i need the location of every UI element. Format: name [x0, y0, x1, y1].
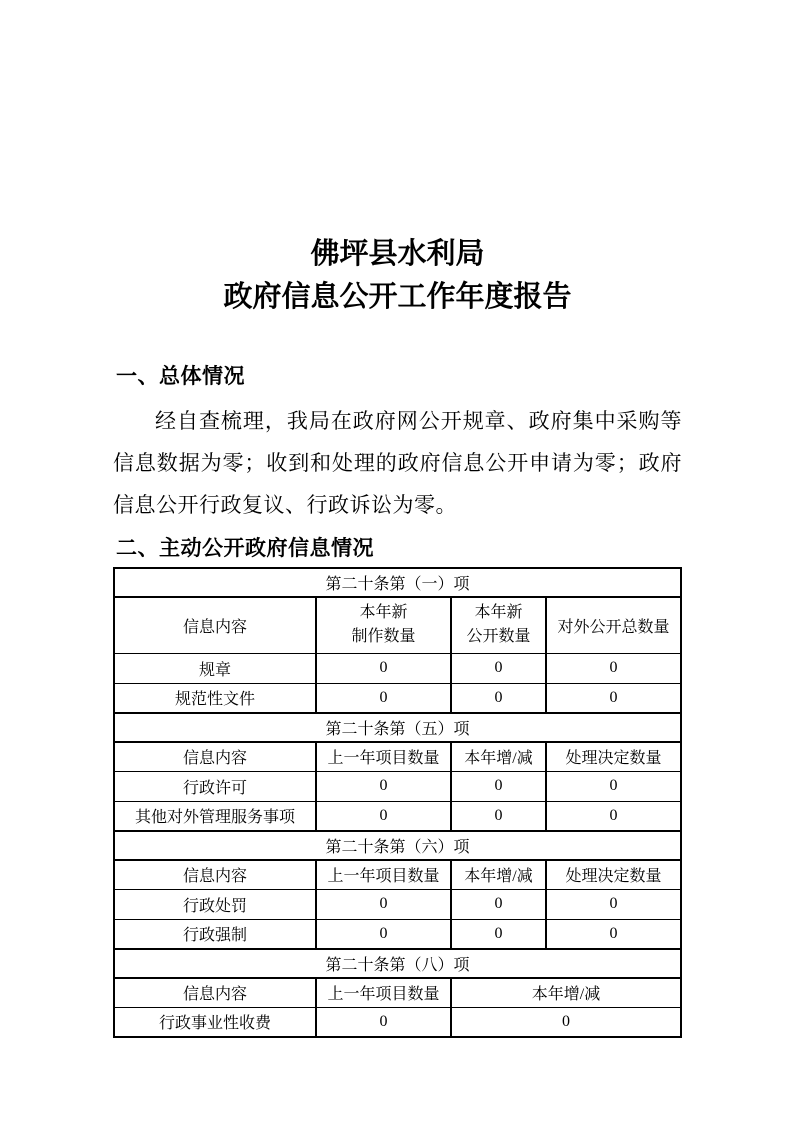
- cell-value: 0: [451, 1007, 681, 1037]
- page-content: 佛坪县水利局 政府信息公开工作年度报告 一、总体情况 经自查梳理，我局在政府网公…: [0, 0, 793, 1038]
- column-header: 处理决定数量: [546, 742, 681, 771]
- column-header: 信息内容: [114, 742, 316, 771]
- row-label: 行政许可: [114, 771, 316, 801]
- table-band-row: 第二十条第（五）项: [114, 713, 681, 742]
- table-header-row: 信息内容 本年新 制作数量 本年新 公开数量 对外公开总数量: [114, 597, 681, 653]
- column-header: 本年增/减: [451, 742, 546, 771]
- table-row: 其他对外管理服务事项 0 0 0: [114, 801, 681, 831]
- cell-value: 0: [546, 919, 681, 949]
- column-header: 本年增/减: [451, 978, 681, 1007]
- column-header: 信息内容: [114, 597, 316, 653]
- table-band-label: 第二十条第（八）项: [114, 949, 681, 978]
- cell-value: 0: [316, 653, 451, 683]
- column-header: 上一年项目数量: [316, 742, 451, 771]
- column-header: 上一年项目数量: [316, 978, 451, 1007]
- row-label: 行政事业性收费: [114, 1007, 316, 1037]
- row-label: 规章: [114, 653, 316, 683]
- table-header-row: 信息内容 上一年项目数量 本年增/减 处理决定数量: [114, 742, 681, 771]
- cell-value: 0: [451, 771, 546, 801]
- column-header: 对外公开总数量: [546, 597, 681, 653]
- document-title-line-1: 佛坪县水利局: [113, 233, 682, 276]
- cell-value: 0: [546, 683, 681, 713]
- cell-value: 0: [451, 683, 546, 713]
- cell-value: 0: [546, 771, 681, 801]
- section-1-paragraph: 经自查梳理，我局在政府网公开规章、政府集中采购等信息数据为零；收到和处理的政府信…: [113, 400, 682, 526]
- cell-value: 0: [546, 801, 681, 831]
- table-row: 行政强制 0 0 0: [114, 919, 681, 949]
- table-row: 规章 0 0 0: [114, 653, 681, 683]
- document-page: 佛坪县水利局 政府信息公开工作年度报告 一、总体情况 经自查梳理，我局在政府网公…: [0, 0, 793, 1122]
- row-label: 规范性文件: [114, 683, 316, 713]
- document-title-line-2: 政府信息公开工作年度报告: [113, 276, 682, 319]
- table-band-label: 第二十条第（一）项: [114, 568, 681, 597]
- table-header-row: 信息内容 上一年项目数量 本年增/减: [114, 978, 681, 1007]
- cell-value: 0: [451, 889, 546, 919]
- column-header: 本年增/减: [451, 860, 546, 889]
- table-header-row: 信息内容 上一年项目数量 本年增/减 处理决定数量: [114, 860, 681, 889]
- column-header: 上一年项目数量: [316, 860, 451, 889]
- table-row: 行政事业性收费 0 0: [114, 1007, 681, 1037]
- table-band-row: 第二十条第（一）项: [114, 568, 681, 597]
- cell-value: 0: [316, 771, 451, 801]
- table-row: 行政处罚 0 0 0: [114, 889, 681, 919]
- cell-value: 0: [546, 889, 681, 919]
- column-header: 本年新 公开数量: [451, 597, 546, 653]
- column-header: 处理决定数量: [546, 860, 681, 889]
- table-band-row: 第二十条第（六）项: [114, 831, 681, 860]
- table-band-row: 第二十条第（八）项: [114, 949, 681, 978]
- row-label: 行政强制: [114, 919, 316, 949]
- section-2-heading: 二、主动公开政府信息情况: [116, 534, 682, 564]
- column-header: 信息内容: [114, 978, 316, 1007]
- table-row: 行政许可 0 0 0: [114, 771, 681, 801]
- table-band-label: 第二十条第（五）项: [114, 713, 681, 742]
- column-header: 本年新 制作数量: [316, 597, 451, 653]
- cell-value: 0: [316, 1007, 451, 1037]
- cell-value: 0: [451, 919, 546, 949]
- cell-value: 0: [316, 889, 451, 919]
- cell-value: 0: [451, 801, 546, 831]
- row-label: 其他对外管理服务事项: [114, 801, 316, 831]
- cell-value: 0: [316, 683, 451, 713]
- cell-value: 0: [316, 919, 451, 949]
- cell-value: 0: [546, 653, 681, 683]
- table-row: 规范性文件 0 0 0: [114, 683, 681, 713]
- section-1-heading: 一、总体情况: [116, 362, 682, 392]
- cell-value: 0: [316, 801, 451, 831]
- column-header: 信息内容: [114, 860, 316, 889]
- info-disclosure-table: 第二十条第（一）项 信息内容 本年新 制作数量 本年新 公开数量 对外公开总数量…: [113, 567, 682, 1038]
- cell-value: 0: [451, 653, 546, 683]
- table-band-label: 第二十条第（六）项: [114, 831, 681, 860]
- row-label: 行政处罚: [114, 889, 316, 919]
- document-title: 佛坪县水利局 政府信息公开工作年度报告: [113, 0, 682, 319]
